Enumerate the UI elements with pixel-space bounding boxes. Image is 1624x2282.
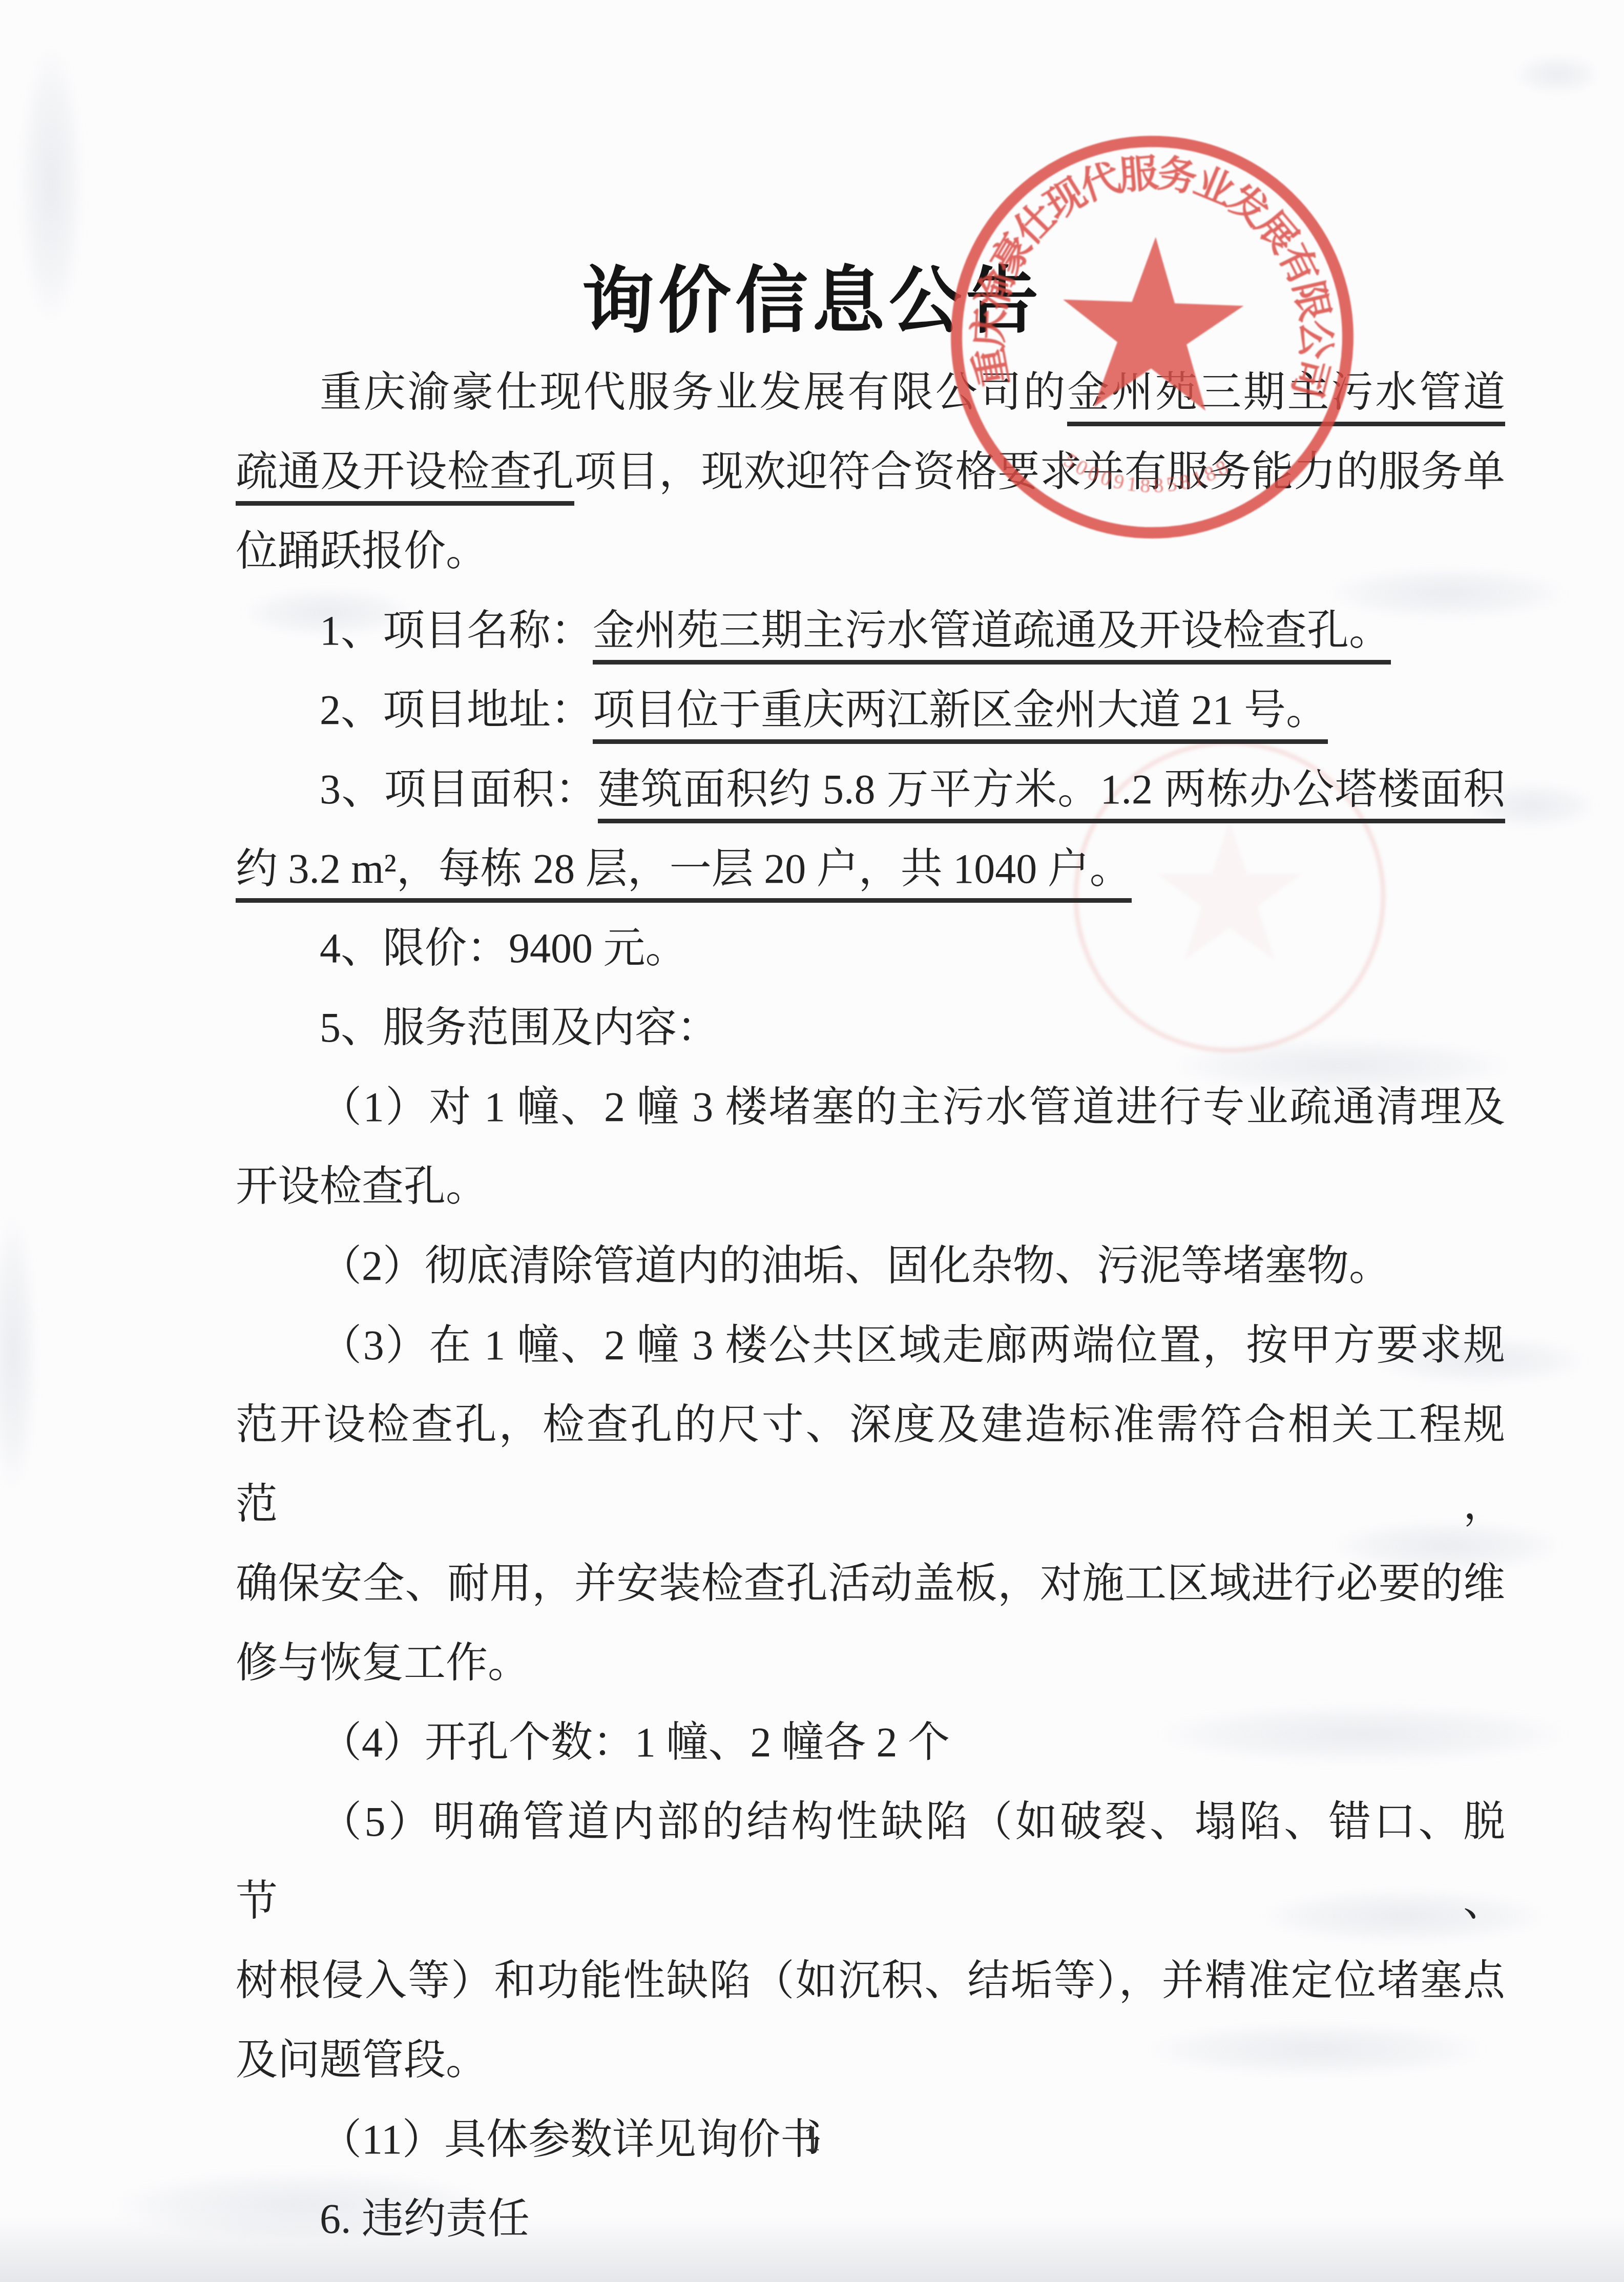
underlined-text: 疏通及开设检查孔 [236,448,574,506]
text-segment: 6. 违约责任 [320,2195,530,2242]
text-segment: 1、项目名称： [320,607,593,654]
text-line: 2、项目地址：项目位于重庆两江新区金州大道 21 号。 [236,670,1505,750]
text-segment: 及问题管段。 [236,2037,488,2083]
text-line: 4、限价：9400 元。 [236,908,1505,988]
text-segment: 4、限价：9400 元。 [320,925,688,971]
underlined-text: 建筑面积约 5.8 万平方米。1.2 两栋办公塔楼面积 [598,766,1505,823]
seal-star-icon [1059,234,1246,412]
text-line: 确保安全、耐用，并安装检查孔活动盖板，对施工区域进行必要的维 [236,1544,1505,1623]
page-title: 询价信息公告 [0,242,1624,347]
text-segment: 开设检查孔。 [236,1163,488,1210]
text-segment: 树根侵入等）和功能性缺陷（如沉积、结垢等），并精准定位堵塞点 [236,1957,1505,2004]
text-segment: （4）开孔个数：1 幢、2 幢各 2 个 [320,1719,950,1766]
text-segment: 3、项目面积： [320,766,598,813]
page-number: 1 [0,2119,1624,2160]
document-body: 重庆渝豪仕现代服务业发展有限公司的金州苑三期主污水管道疏通及开设检查孔项目，现欢… [236,352,1505,2258]
underlined-text: 约 3.2 m²，每栋 28 层，一层 20 户，共 1040 户。 [236,845,1132,903]
text-segment: 位踊跃报价。 [236,528,488,574]
text-segment: （2）彻底清除管道内的油垢、固化杂物、污泥等堵塞物。 [320,1242,1391,1289]
text-line: （4）开孔个数：1 幢、2 幢各 2 个 [236,1703,1505,1782]
text-segment: 修与恢复工作。 [236,1640,530,1686]
text-line: 修与恢复工作。 [236,1623,1505,1703]
text-segment: 5、服务范围及内容： [320,1004,719,1051]
underlined-text: 金州苑三期主污水管道疏通及开设检查孔。 [593,607,1391,665]
text-line: （3）在 1 幢、2 幢 3 楼公共区域走廊两端位置，按甲方要求规 [236,1305,1505,1385]
document-page: 询价信息公告 重庆渝豪仕现代服务业发展有限公司的金州苑三期主污水管道疏通及开设检… [0,0,1624,2282]
text-line: 3、项目面积：建筑面积约 5.8 万平方米。1.2 两栋办公塔楼面积 [236,750,1505,829]
text-line: 范开设检查孔，检查孔的尺寸、深度及建造标准需符合相关工程规范， [236,1385,1505,1544]
text-line: 及问题管段。 [236,2020,1505,2100]
text-line: 树根侵入等）和功能性缺陷（如沉积、结垢等），并精准定位堵塞点 [236,1941,1505,2020]
text-segment: 范开设检查孔，检查孔的尺寸、深度及建造标准需符合相关工程规范， [236,1401,1505,1527]
company-seal-stamp: 重庆渝豪仕现代服务业发展有限公司 5000918858188 [942,127,1362,547]
text-line: 6. 违约责任 [236,2179,1505,2258]
scan-artifact [0,1219,36,1486]
text-segment: 2、项目地址： [320,687,593,733]
text-line: 约 3.2 m²，每栋 28 层，一层 20 户，共 1040 户。 [236,829,1505,908]
text-line: （1）对 1 幢、2 幢 3 楼堵塞的主污水管道进行专业疏通清理及 [236,1067,1505,1147]
text-line: （5）明确管道内部的结构性缺陷（如破裂、塌陷、错口、脱节、 [236,1782,1505,1941]
text-segment: （5）明确管道内部的结构性缺陷（如破裂、塌陷、错口、脱节、 [236,1798,1505,1924]
scan-artifact [1516,56,1598,92]
text-line: 5、服务范围及内容： [236,988,1505,1067]
underlined-text: 项目位于重庆两江新区金州大道 21 号。 [593,687,1328,744]
text-segment: （3）在 1 幢、2 幢 3 楼公共区域走廊两端位置，按甲方要求规 [320,1322,1505,1368]
text-line: 开设检查孔。 [236,1147,1505,1226]
text-line: （2）彻底清除管道内的油垢、固化杂物、污泥等堵塞物。 [236,1226,1505,1305]
text-segment: （1）对 1 幢、2 幢 3 楼堵塞的主污水管道进行专业疏通清理及 [320,1084,1505,1130]
text-segment: 确保安全、耐用，并安装检查孔活动盖板，对施工区域进行必要的维 [236,1560,1505,1607]
text-line: 1、项目名称：金州苑三期主污水管道疏通及开设检查孔。 [236,591,1505,670]
seal-serial-digits: 5000918858188 [1059,448,1236,500]
